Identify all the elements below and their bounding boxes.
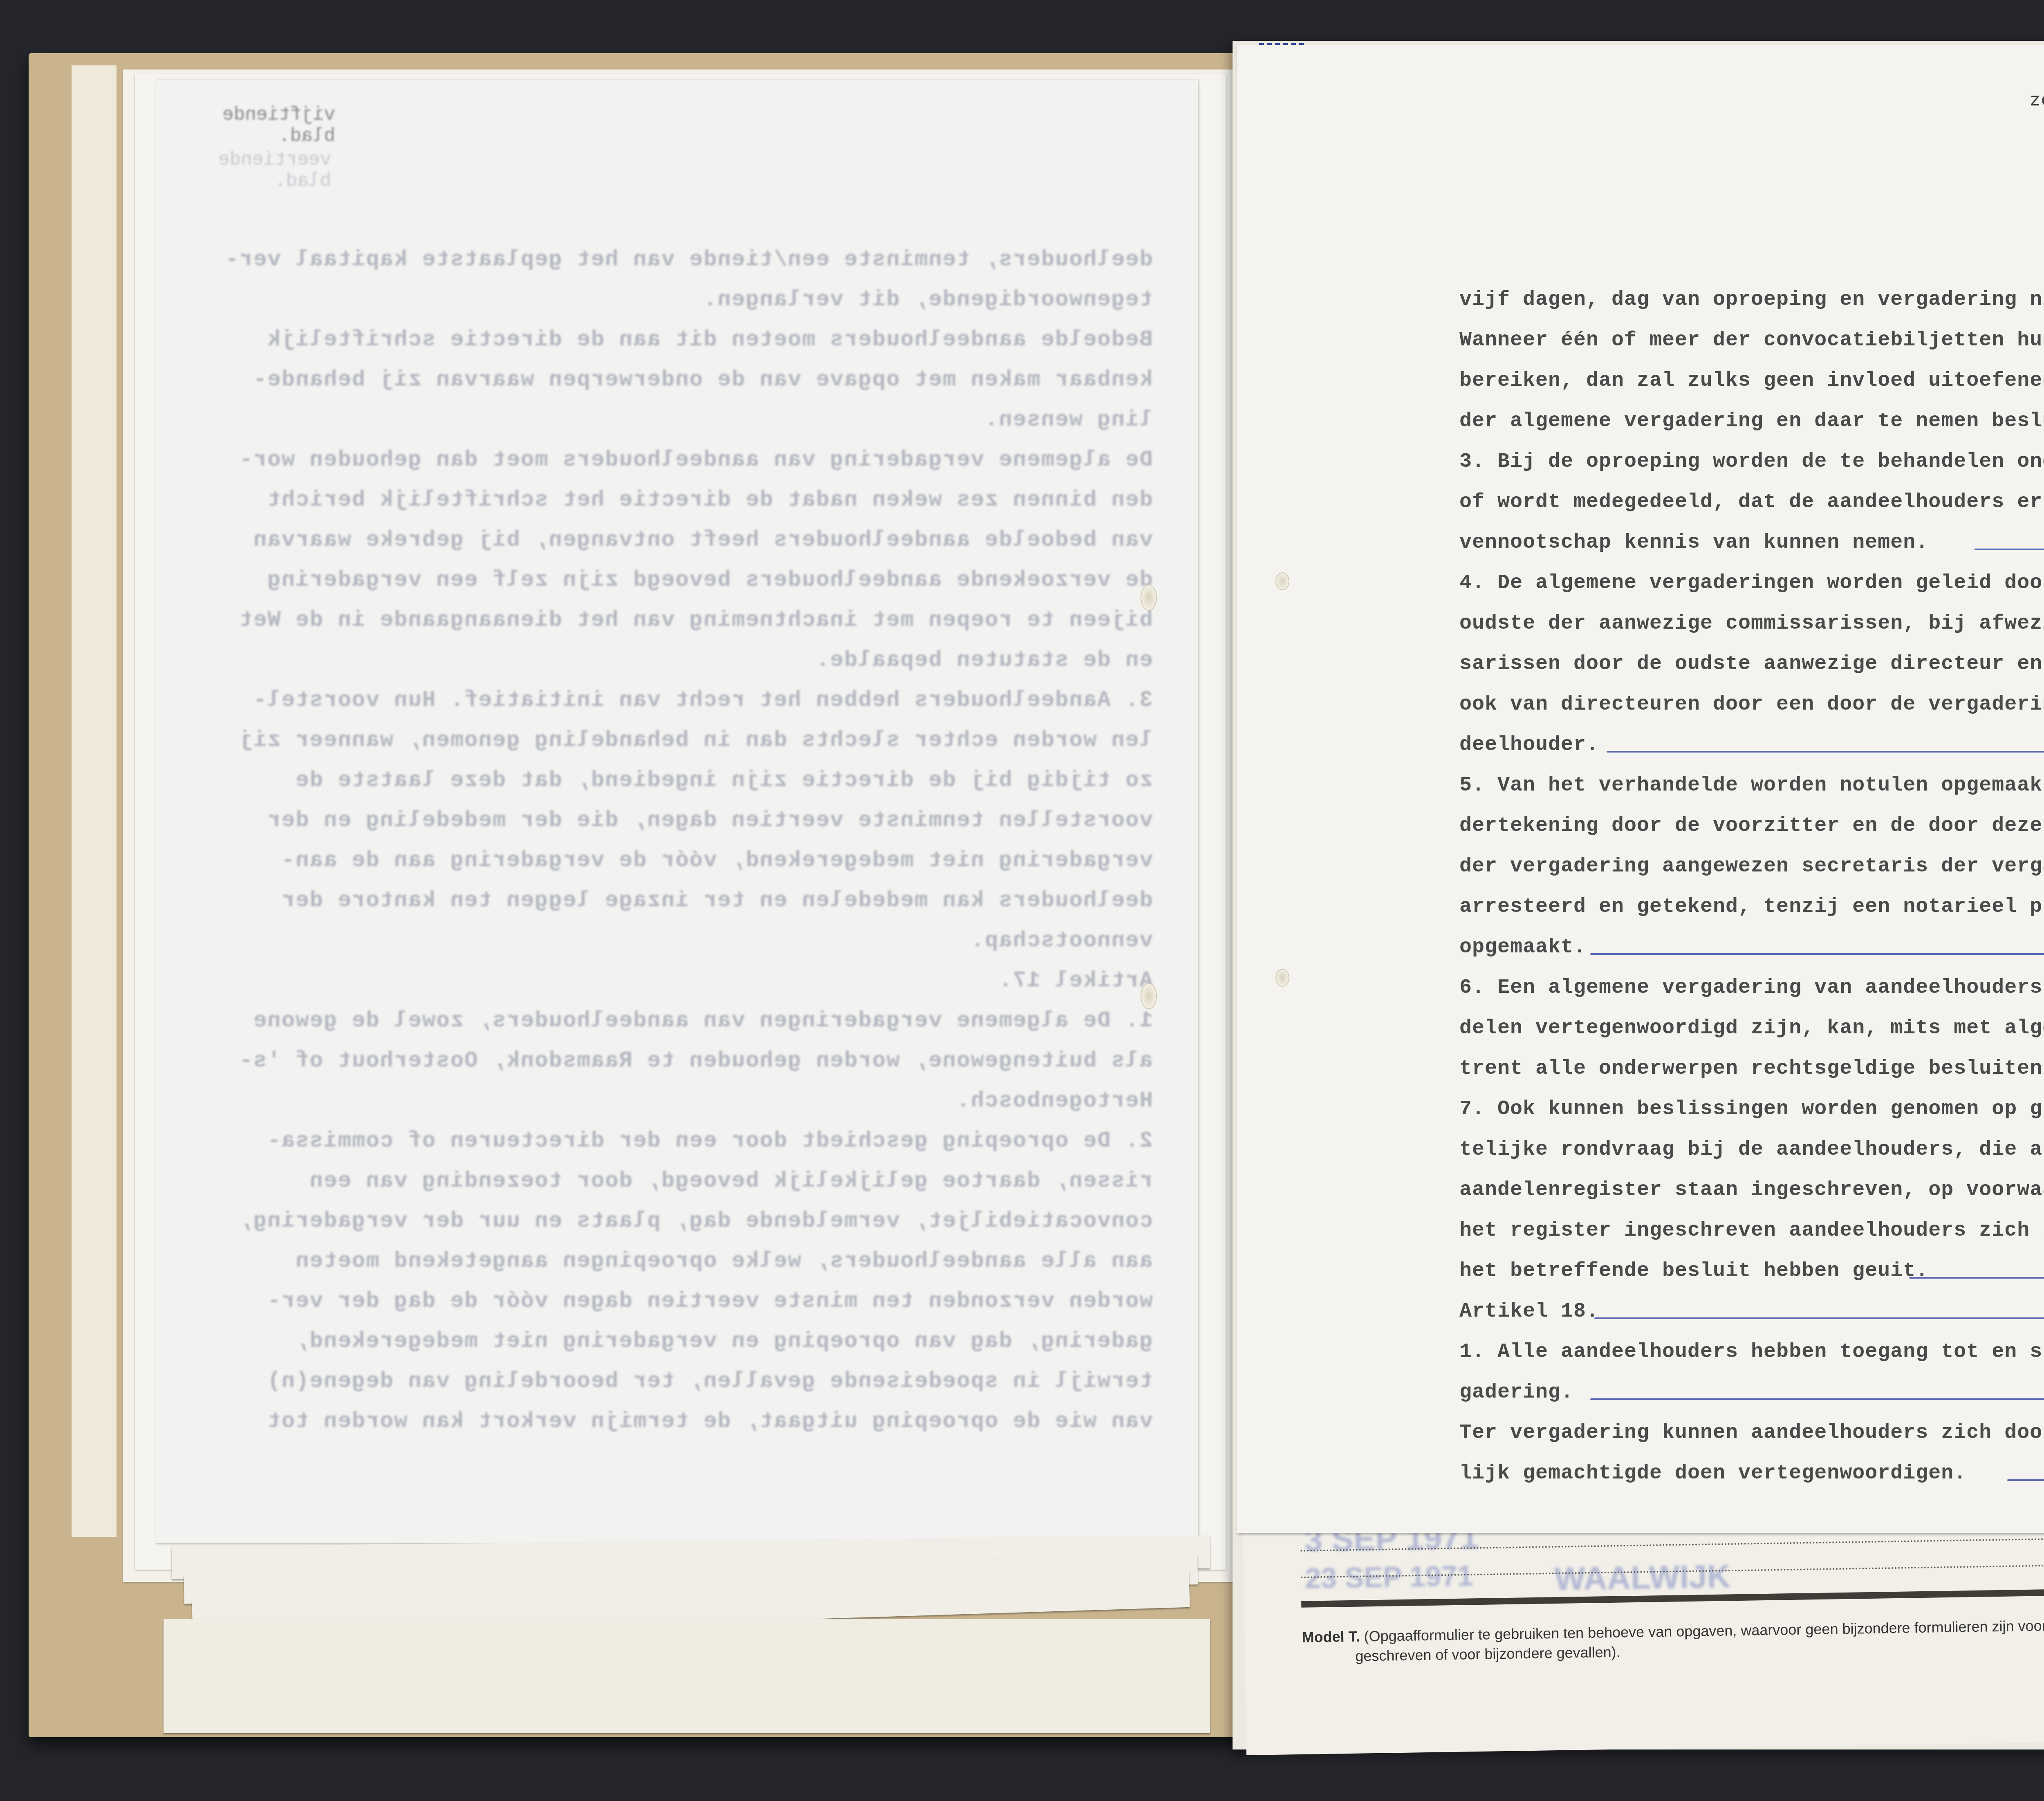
opgaafformulier-footer: 3 SEP 1971 23 SEP 1971 WAALWIJK Model T.… (1243, 1504, 2044, 1755)
typed-line: 6. Een algemene vergadering van aandeelh… (1459, 968, 2044, 1008)
typed-line-text: 1. Alle aandeelhouders hebben toegang to… (1459, 1340, 2044, 1364)
typed-line-text: bereiken, dan zal zulks geen invloed uit… (1459, 369, 2044, 392)
show-through-line: convocatiebiljet, vermeldende dag, plaat… (335, 1209, 1153, 1234)
ballpoint-fill-rule (1590, 1398, 2044, 1400)
typed-line-text: vennootschap kennis van kunnen nemen. (1459, 531, 1928, 554)
left-page-vijftiende-blad: vijftiende blad. veertiende blad. deelho… (155, 80, 1198, 1543)
typed-line: dertekening door de voorzitter en de doo… (1459, 806, 2044, 847)
show-through-line: vennootschap. (335, 928, 1153, 953)
show-through-line: deelhouders kan mededelen en ter inzage … (335, 888, 1153, 913)
ballpoint-fill-rule (1590, 953, 2044, 955)
show-through-line: Bedoelde aandeelhouders moeten dit aan d… (335, 327, 1153, 352)
typed-line-text: Artikel 18. (1459, 1300, 1599, 1323)
typed-line-text: 4. De algemene vergaderingen worden gele… (1459, 571, 2044, 595)
typed-line-text: aandelenregister staan ingeschreven, op … (1459, 1178, 2044, 1202)
typed-line: Artikel 18. (1459, 1292, 2044, 1332)
show-through-line: deelhouders, tenminste een/tiende van he… (335, 247, 1153, 272)
deed-body-text: vijf dagen, dag van oproeping en vergade… (1459, 280, 2044, 1494)
typed-line: of wordt medegedeeld, dat de aandeelhoud… (1459, 482, 2044, 523)
show-through-line: Artikel 17. (335, 968, 1153, 993)
typed-line-text: lijk gemachtigde doen vertegenwoordigen. (1459, 1462, 1966, 1485)
typed-line-text: het register ingeschreven aandeelhouders… (1459, 1219, 2044, 1242)
typed-line-text: dertekening door de voorzitter en de doo… (1459, 814, 2044, 838)
show-through-line: De algemene vergadering van aandeelhoude… (335, 448, 1153, 473)
ballpoint-fill-rule (1975, 549, 2044, 550)
show-through-line: 1. De algemene vergaderingen van aandeel… (335, 1008, 1153, 1033)
mirrored-body: deelhouders, tenminste een/tiende van he… (155, 80, 1198, 1543)
typed-line-text: delen vertegenwoordigd zijn, kan, mits m… (1459, 1017, 2044, 1040)
typed-line: gadering. (1459, 1373, 2044, 1413)
typed-line: der vergadering aangewezen secretaris de… (1459, 847, 2044, 887)
typed-line-text: telijke rondvraag bij de aandeelhouders,… (1459, 1138, 2044, 1161)
typed-line: telijke rondvraag bij de aandeelhouders,… (1459, 1130, 2044, 1170)
typed-line: 3. Bij de oproeping worden de te behande… (1459, 442, 2044, 482)
show-through-line: kenbaar maken met opgave van de onderwer… (335, 367, 1153, 392)
show-through-line: terwijl in spoedeisende gevallen, ter be… (335, 1369, 1153, 1394)
page-header: zestiende blad. (2030, 91, 2044, 111)
typed-line-text: ook van directeuren door een door de ver… (1459, 693, 2044, 716)
show-through-line: gadering, dag van oproeping en vergaderi… (335, 1329, 1153, 1354)
typed-line: arresteerd en getekend, tenzij een notar… (1459, 887, 2044, 927)
typed-line: delen vertegenwoordigd zijn, kan, mits m… (1459, 1008, 2044, 1049)
typed-line-text: opgemaakt. (1459, 936, 1586, 959)
typed-line-text: 5. Van het verhandelde worden notulen op… (1459, 774, 2044, 797)
typed-line-text: Wanneer één of meer der convocatiebiljet… (1459, 329, 2044, 352)
typed-line-text: sarissen door de oudste aanwezige direct… (1459, 652, 2044, 676)
show-through-line: zo tijdig bij de directie zijn ingediend… (335, 768, 1153, 793)
typed-line-text: arresteerd en getekend, tenzij een notar… (1459, 895, 2044, 918)
show-through-line: van wie de oproeping uitgaat, de termijn… (335, 1409, 1153, 1434)
typed-line-text: Ter vergadering kunnen aandeelhouders zi… (1459, 1421, 2044, 1445)
show-through-line: van bedoelde aandeelhouders heeft ontvan… (335, 528, 1153, 553)
show-through-line: rissen, daartoe gelijkelijk bevoegd, doo… (335, 1169, 1153, 1194)
typed-line-text: der vergadering aangewezen secretaris de… (1459, 855, 2044, 878)
typed-line: der algemene vergadering en daar te neme… (1459, 401, 2044, 442)
show-through-line: en de statuten bepaalde. (335, 648, 1153, 673)
show-through-line: worden verzonden ten minste veertien dag… (335, 1289, 1153, 1314)
ballpoint-fill-rule (1909, 1277, 2044, 1279)
typed-line: bereiken, dan zal zulks geen invloed uit… (1459, 361, 2044, 401)
ballpoint-fill-rule (1594, 1317, 2044, 1319)
show-through-line: als buitengewone, worden gehouden te Raa… (335, 1048, 1153, 1073)
typed-line: het betreffende besluit hebben geuit. (1459, 1251, 2044, 1292)
typed-line: 7. Ook kunnen beslissingen worden genome… (1459, 1089, 2044, 1130)
typed-line: lijk gemachtigde doen vertegenwoordigen. (1459, 1454, 2044, 1494)
show-through-line: 3. Aandeelhouders hebben het recht van i… (335, 688, 1153, 713)
typed-line: vijf dagen, dag van oproeping en vergade… (1459, 280, 2044, 320)
typed-line-text: 7. Ook kunnen beslissingen worden genome… (1459, 1098, 2044, 1121)
typed-line: deelhouder. (1459, 725, 2044, 766)
show-through-line: bijeen te roepen met inachtneming van he… (335, 608, 1153, 633)
model-label: Model T. (1302, 1628, 1360, 1646)
typed-line: opgemaakt. (1459, 927, 2044, 968)
show-through-line: vergadering niet medegerekend, vóór de v… (335, 848, 1153, 873)
typed-line-text: of wordt medegedeeld, dat de aandeelhoud… (1459, 491, 2044, 514)
typed-line: 4. De algemene vergaderingen worden gele… (1459, 563, 2044, 604)
show-through-line: de verzoekende aandeelhouders bevoegd zi… (335, 568, 1153, 593)
punch-hole (1141, 585, 1157, 611)
typed-line: trent alle onderwerpen rechtsgeldige bes… (1459, 1049, 2044, 1089)
right-page-zestiende-blad: zestiende blad. vijf dagen, dag van opro… (1237, 45, 2044, 1533)
typed-line: 5. Van het verhandelde worden notulen op… (1459, 766, 2044, 806)
typed-line-text: 3. Bij de oproeping worden de te behande… (1459, 450, 2044, 473)
typed-line: aandelenregister staan ingeschreven, op … (1459, 1170, 2044, 1211)
typed-line: ook van directeuren door een door de ver… (1459, 685, 2044, 725)
typed-line-text: vijf dagen, dag van oproeping en vergade… (1459, 288, 2044, 311)
typed-line-text: oudste der aanwezige commissarissen, bij… (1459, 612, 2044, 635)
show-through-line: den binnen zes weken nadat de directie h… (335, 488, 1153, 513)
typed-line-text: gadering. (1459, 1381, 1573, 1404)
show-through-line: aan alle aandeelhouders, welke oproeping… (335, 1249, 1153, 1274)
show-through-line: 2. De oproeping geschiedt door een der d… (335, 1129, 1153, 1154)
typed-line: 1. Alle aandeelhouders hebben toegang to… (1459, 1332, 2044, 1373)
typed-line: Ter vergadering kunnen aandeelhouders zi… (1459, 1413, 2044, 1454)
form-caption: Model T. (Opgaafformulier te gebruiken t… (1302, 1613, 2044, 1667)
show-through-line: ling wensen. (335, 408, 1153, 432)
typed-line: sarissen door de oudste aanwezige direct… (1459, 644, 2044, 685)
typed-line-text: der algemene vergadering en daar te neme… (1459, 410, 2044, 433)
folder-inner-edge (72, 65, 117, 1537)
show-through-line: voorstellen tenminste veertien dagen, di… (335, 808, 1153, 833)
punch-hole (1275, 572, 1289, 590)
ballpoint-fill-rule (2007, 1479, 2044, 1481)
show-through-line: len worden echter slechts dan in behande… (335, 728, 1153, 753)
punch-hole (1141, 983, 1157, 1009)
typed-line-text: trent alle onderwerpen rechtsgeldige bes… (1459, 1057, 2044, 1080)
place-stamp: WAALWIJK (1554, 1557, 1731, 1598)
show-through-line: Hertogenbosch. (335, 1089, 1153, 1113)
typed-line: het register ingeschreven aandeelhouders… (1459, 1211, 2044, 1251)
ballpoint-fill-rule (1607, 751, 2044, 753)
typed-line: vennootschap kennis van kunnen nemen. (1459, 523, 2044, 563)
typed-line: oudste der aanwezige commissarissen, bij… (1459, 604, 2044, 644)
typed-line-text: deelhouder. (1459, 733, 1599, 757)
punch-hole (1275, 969, 1289, 987)
typed-line-text: het betreffende besluit hebben geuit. (1459, 1259, 1928, 1283)
typed-line: Wanneer één of meer der convocatiebiljet… (1459, 320, 2044, 361)
show-through-line: tegenwoordigende, dit verlangen. (335, 287, 1153, 312)
typed-line-text: 6. Een algemene vergadering van aandeelh… (1459, 976, 2044, 999)
